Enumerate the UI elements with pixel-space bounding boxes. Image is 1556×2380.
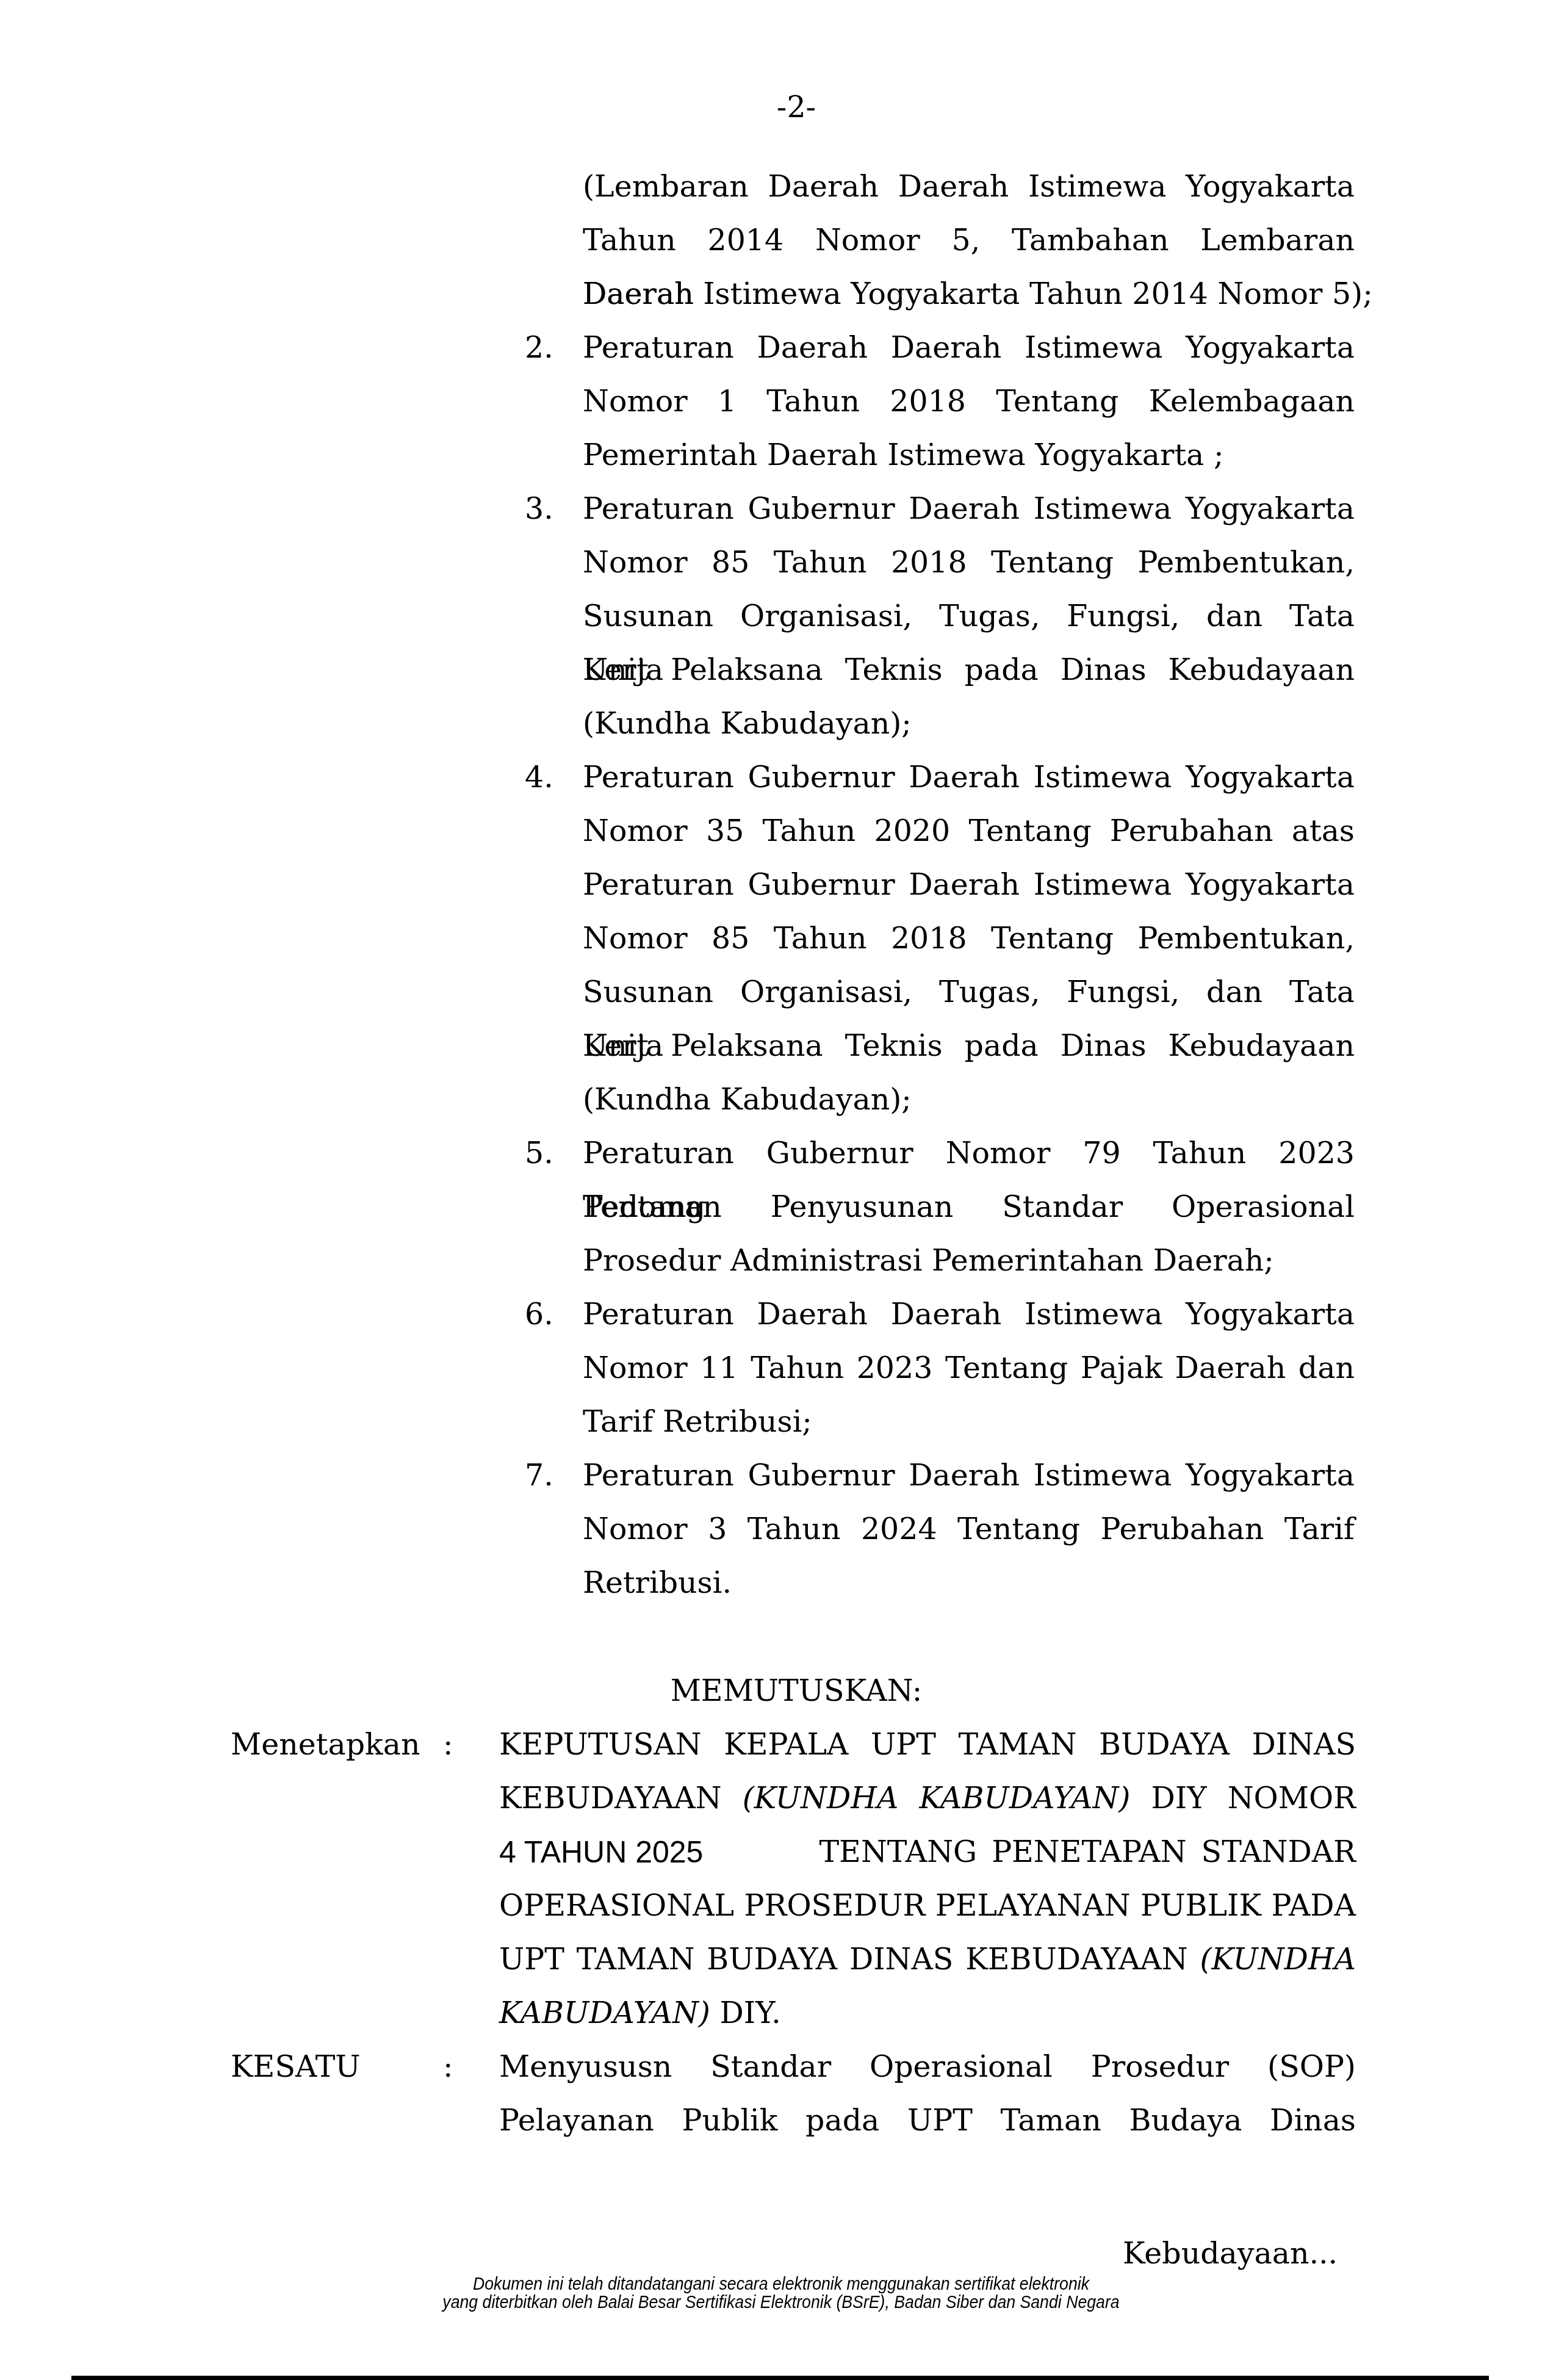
continuation-catchword: Kebudayaan... (1123, 2227, 1342, 2281)
decree-number-stamp: 4 TAHUN 2025 (499, 1825, 703, 1879)
list-item-line: Peraturan Daerah Daerah Istimewa Yogyaka… (583, 1288, 1355, 1341)
list-item-line: Pemerintah Daerah Istimewa Yogyakarta ; (583, 428, 1355, 482)
document-page: -2- (Lembaran Daerah Daerah Istimewa Yog… (0, 0, 1556, 2380)
kesatu-label: KESATU (231, 2040, 361, 2094)
decision-title-text: DIY NOMOR (1151, 1781, 1356, 1816)
list-item-line: Nomor 11 Tahun 2023 Tentang Pajak Daerah… (583, 1341, 1355, 1395)
decision-title-line: KEBUDAYAAN (KUNDHA KABUDAYAN) DIY NOMOR (499, 1772, 1356, 1825)
list-item-line: Nomor 85 Tahun 2018 Tentang Pembentukan, (583, 536, 1355, 590)
decision-title-line: OPERASIONAL PROSEDUR PELAYANAN PUBLIK PA… (499, 1879, 1356, 1933)
list-item-number: 7. (525, 1449, 574, 1502)
menetapkan-label: Menetapkan (231, 1718, 420, 1772)
decision-title-line: 4 TAHUN 2025 TENTANG PENETAPAN STANDAR (499, 1825, 1356, 1879)
list-item-line: (Kundha Kabudayan); (583, 697, 1355, 751)
list-item-line: Nomor 85 Tahun 2018 Tentang Pembentukan, (583, 912, 1355, 965)
menetapkan-colon: : (443, 1718, 453, 1772)
decision-heading: MEMUTUSKAN: (613, 1664, 979, 1718)
list-item-line: Pedoman Penyusunan Standar Operasional (583, 1180, 1355, 1234)
decision-title-text: UPT TAMAN BUDAYA DINAS KEBUDAYAAN (499, 1942, 1188, 1977)
list-item-line: Tarif Retribusi; (583, 1395, 1355, 1449)
list-item-line: Peraturan Gubernur Daerah Istimewa Yogya… (583, 751, 1355, 804)
list-item-number: 5. (525, 1127, 574, 1180)
list-item-number: 3. (525, 482, 574, 536)
bottom-rule (71, 2376, 1489, 2380)
decision-title-italic: KABUDAYAN) (499, 1996, 710, 2030)
list-intro-line: Daerah Istimewa Yogyakarta Tahun 2014 No… (583, 267, 1355, 321)
list-item-number: 4. (525, 751, 574, 804)
page-number: -2- (735, 81, 857, 134)
list-item-line: Prosedur Administrasi Pemerintahan Daera… (583, 1234, 1355, 1288)
list-item-number: 2. (525, 321, 574, 375)
kesatu-colon: : (443, 2040, 453, 2094)
list-item-line: Peraturan Gubernur Nomor 79 Tahun 2023 T… (583, 1127, 1355, 1180)
kesatu-text-line: Menyususn Standar Operasional Prosedur (… (499, 2040, 1356, 2094)
list-item-line: (Kundha Kabudayan); (583, 1073, 1355, 1127)
kesatu-text-line: Pelayanan Publik pada UPT Taman Budaya D… (499, 2094, 1356, 2147)
decision-title-italic: (KUNDHA KABUDAYAN) (743, 1781, 1131, 1816)
list-item-number: 6. (525, 1288, 574, 1341)
list-item-line: Susunan Organisasi, Tugas, Fungsi, dan T… (583, 590, 1355, 643)
e-signature-notice-line2: yang diterbitkan oleh Balai Besar Sertif… (332, 2293, 1230, 2312)
list-item-line: Susunan Organisasi, Tugas, Fungsi, dan T… (583, 965, 1355, 1019)
e-signature-notice-line1: Dokumen ini telah ditandatangani secara … (332, 2275, 1230, 2293)
list-intro-line: Tahun 2014 Nomor 5, Tambahan Lembaran Da… (583, 214, 1355, 267)
decision-title-text: KEBUDAYAAN (499, 1781, 722, 1816)
decision-title-line: UPT TAMAN BUDAYA DINAS KEBUDAYAAN (KUNDH… (499, 1933, 1356, 1986)
decision-title-text: TENTANG PENETAPAN STANDAR (819, 1825, 1356, 1879)
list-intro-line: (Lembaran Daerah Daerah Istimewa Yogyaka… (583, 160, 1355, 214)
list-item-line: Unit Pelaksana Teknis pada Dinas Kebuday… (583, 643, 1355, 697)
decision-title-text: DIY. (720, 1996, 781, 2030)
list-item-line: Peraturan Gubernur Daerah Istimewa Yogya… (583, 482, 1355, 536)
list-item-line: Peraturan Daerah Daerah Istimewa Yogyaka… (583, 321, 1355, 375)
decision-title-italic: (KUNDHA (1200, 1942, 1356, 1977)
list-item-line: Peraturan Gubernur Daerah Istimewa Yogya… (583, 858, 1355, 912)
list-item-line: Unit Pelaksana Teknis pada Dinas Kebuday… (583, 1019, 1355, 1073)
decision-title-line: KEPUTUSAN KEPALA UPT TAMAN BUDAYA DINAS (499, 1718, 1356, 1772)
list-item-line: Retribusi. (583, 1556, 1355, 1610)
decision-title-line: KABUDAYAN) DIY. (499, 1986, 1356, 2040)
list-item-line: Nomor 1 Tahun 2018 Tentang Kelembagaan (583, 375, 1355, 428)
list-item-line: Nomor 3 Tahun 2024 Tentang Perubahan Tar… (583, 1502, 1355, 1556)
list-item-line: Peraturan Gubernur Daerah Istimewa Yogya… (583, 1449, 1355, 1502)
list-item-line: Nomor 35 Tahun 2020 Tentang Perubahan at… (583, 804, 1355, 858)
